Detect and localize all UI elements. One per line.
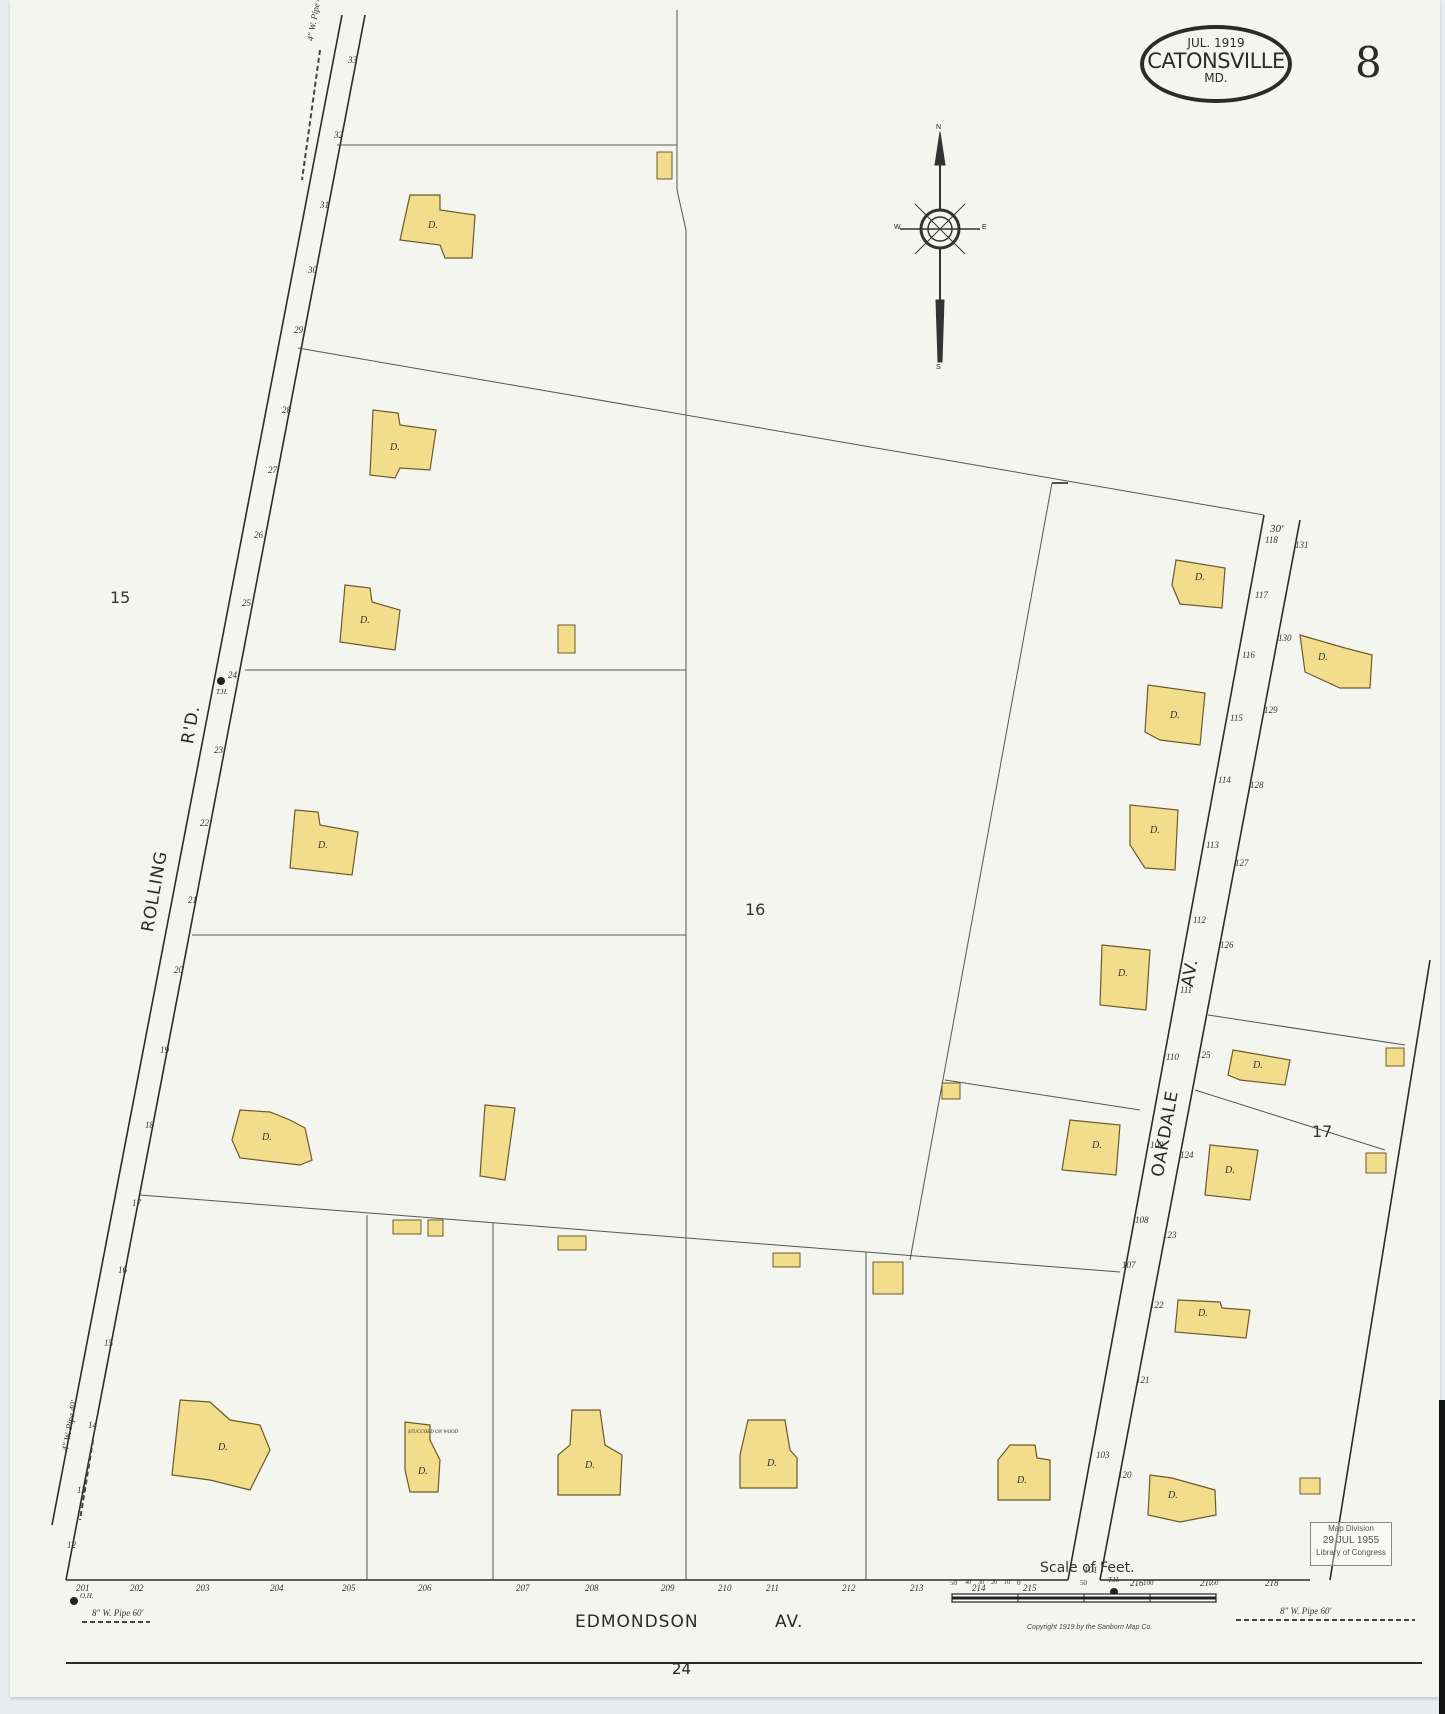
hydrant-label-oh: O.H. <box>80 1592 94 1600</box>
block-17: 17 <box>1312 1122 1332 1141</box>
hydrant-icon <box>217 677 225 685</box>
copyright: Copyright 1919 by the Sanborn Map Co. <box>1027 1624 1152 1631</box>
compass-e: E <box>982 224 987 231</box>
street-edmondson-av: AV. <box>775 1612 803 1632</box>
title-cartouche: JUL. 1919 CATONSVILLE MD. <box>1140 25 1292 103</box>
compass-rose <box>900 132 980 362</box>
compass-n: N <box>936 124 941 131</box>
block-15: 15 <box>110 588 130 607</box>
compass-s: S <box>936 364 941 371</box>
dwellings <box>172 195 1372 1522</box>
compass-w: W <box>894 224 901 231</box>
hydrant-label-th: T.H. <box>1108 1576 1120 1584</box>
scale-title: Scale of Feet. <box>1040 1560 1135 1576</box>
pipe-label-edmondson-left: 8" W. Pipe 60' <box>92 1608 143 1618</box>
scale-bar <box>952 1594 1216 1602</box>
title-city: CATONSVILLE <box>1144 50 1288 72</box>
street-edmondson: EDMONDSON <box>575 1612 699 1632</box>
adjoining-page-reference: 24 <box>672 1660 691 1678</box>
pipe-label-edmondson-right: 8" W. Pipe 60' <box>1280 1606 1331 1616</box>
hydrant-label-rolling: T.H. <box>216 688 228 696</box>
block-16: 16 <box>745 900 765 919</box>
library-stamp: Map Division 29 JUL 1955 Library of Cong… <box>1310 1522 1392 1566</box>
stucco-note: STUCCOED ON WOOD <box>408 1430 458 1435</box>
title-state: MD. <box>1144 72 1288 85</box>
oakdale-width: 30' <box>1270 523 1283 535</box>
sheet-number: 8 <box>1355 38 1382 87</box>
map-linework <box>0 0 1445 1714</box>
